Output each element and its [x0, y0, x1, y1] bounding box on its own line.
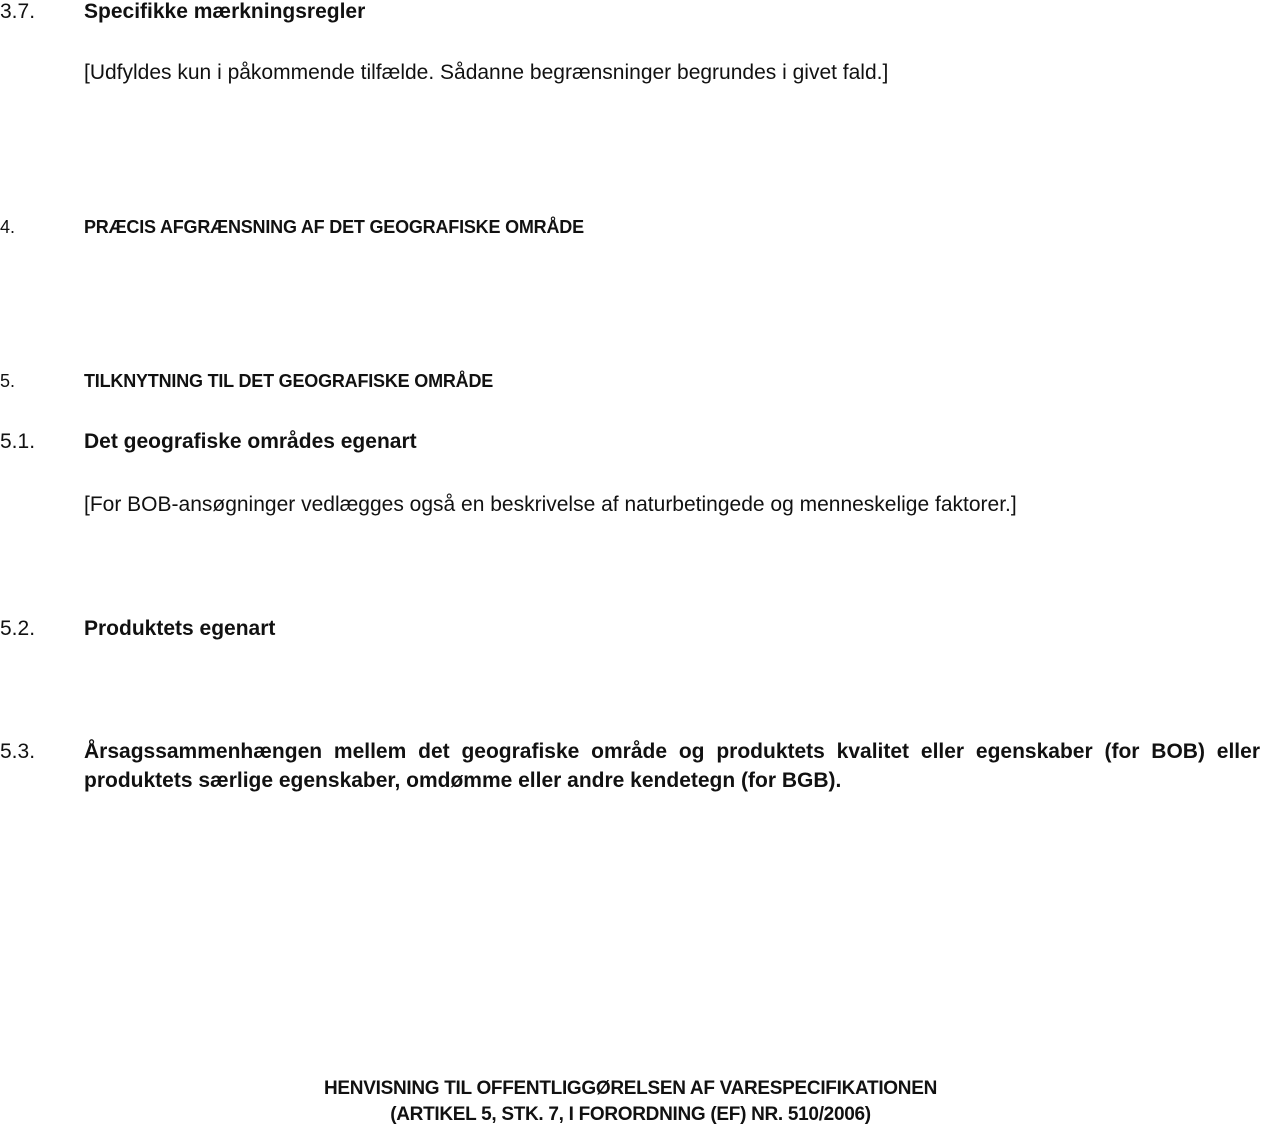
section-number: 5.2.: [0, 617, 35, 641]
section-heading: Produktets egenart: [84, 617, 275, 641]
footer-line-1: HENVISNING TIL OFFENTLIGGØRELSEN AF VARE…: [0, 1076, 1261, 1102]
section-heading: Specifikke mærkningsregler: [84, 0, 365, 24]
section-number: 4.: [0, 217, 15, 238]
section-number: 5.3.: [0, 740, 35, 764]
footer-line-2: (ARTIKEL 5, STK. 7, I FORORDNING (EF) NR…: [0, 1102, 1261, 1128]
section-heading: Det geografiske områdes egenart: [84, 430, 417, 454]
section-number: 5.1.: [0, 430, 35, 454]
section-heading: PRÆCIS AFGRÆNSNING AF DET GEOGRAFISKE OM…: [84, 217, 584, 238]
section-number: 3.7.: [0, 0, 35, 24]
section-number: 5.: [0, 371, 15, 392]
section-note: [Udfyldes kun i påkommende tilfælde. Såd…: [84, 61, 888, 85]
section-heading: TILKNYTNING TIL DET GEOGRAFISKE OMRÅDE: [84, 371, 493, 392]
footer-heading: HENVISNING TIL OFFENTLIGGØRELSEN AF VARE…: [0, 1076, 1261, 1128]
section-heading: Årsagssammenhængen mellem det geografisk…: [84, 737, 1260, 795]
section-note: [For BOB-ansøgninger vedlægges også en b…: [84, 493, 1017, 517]
